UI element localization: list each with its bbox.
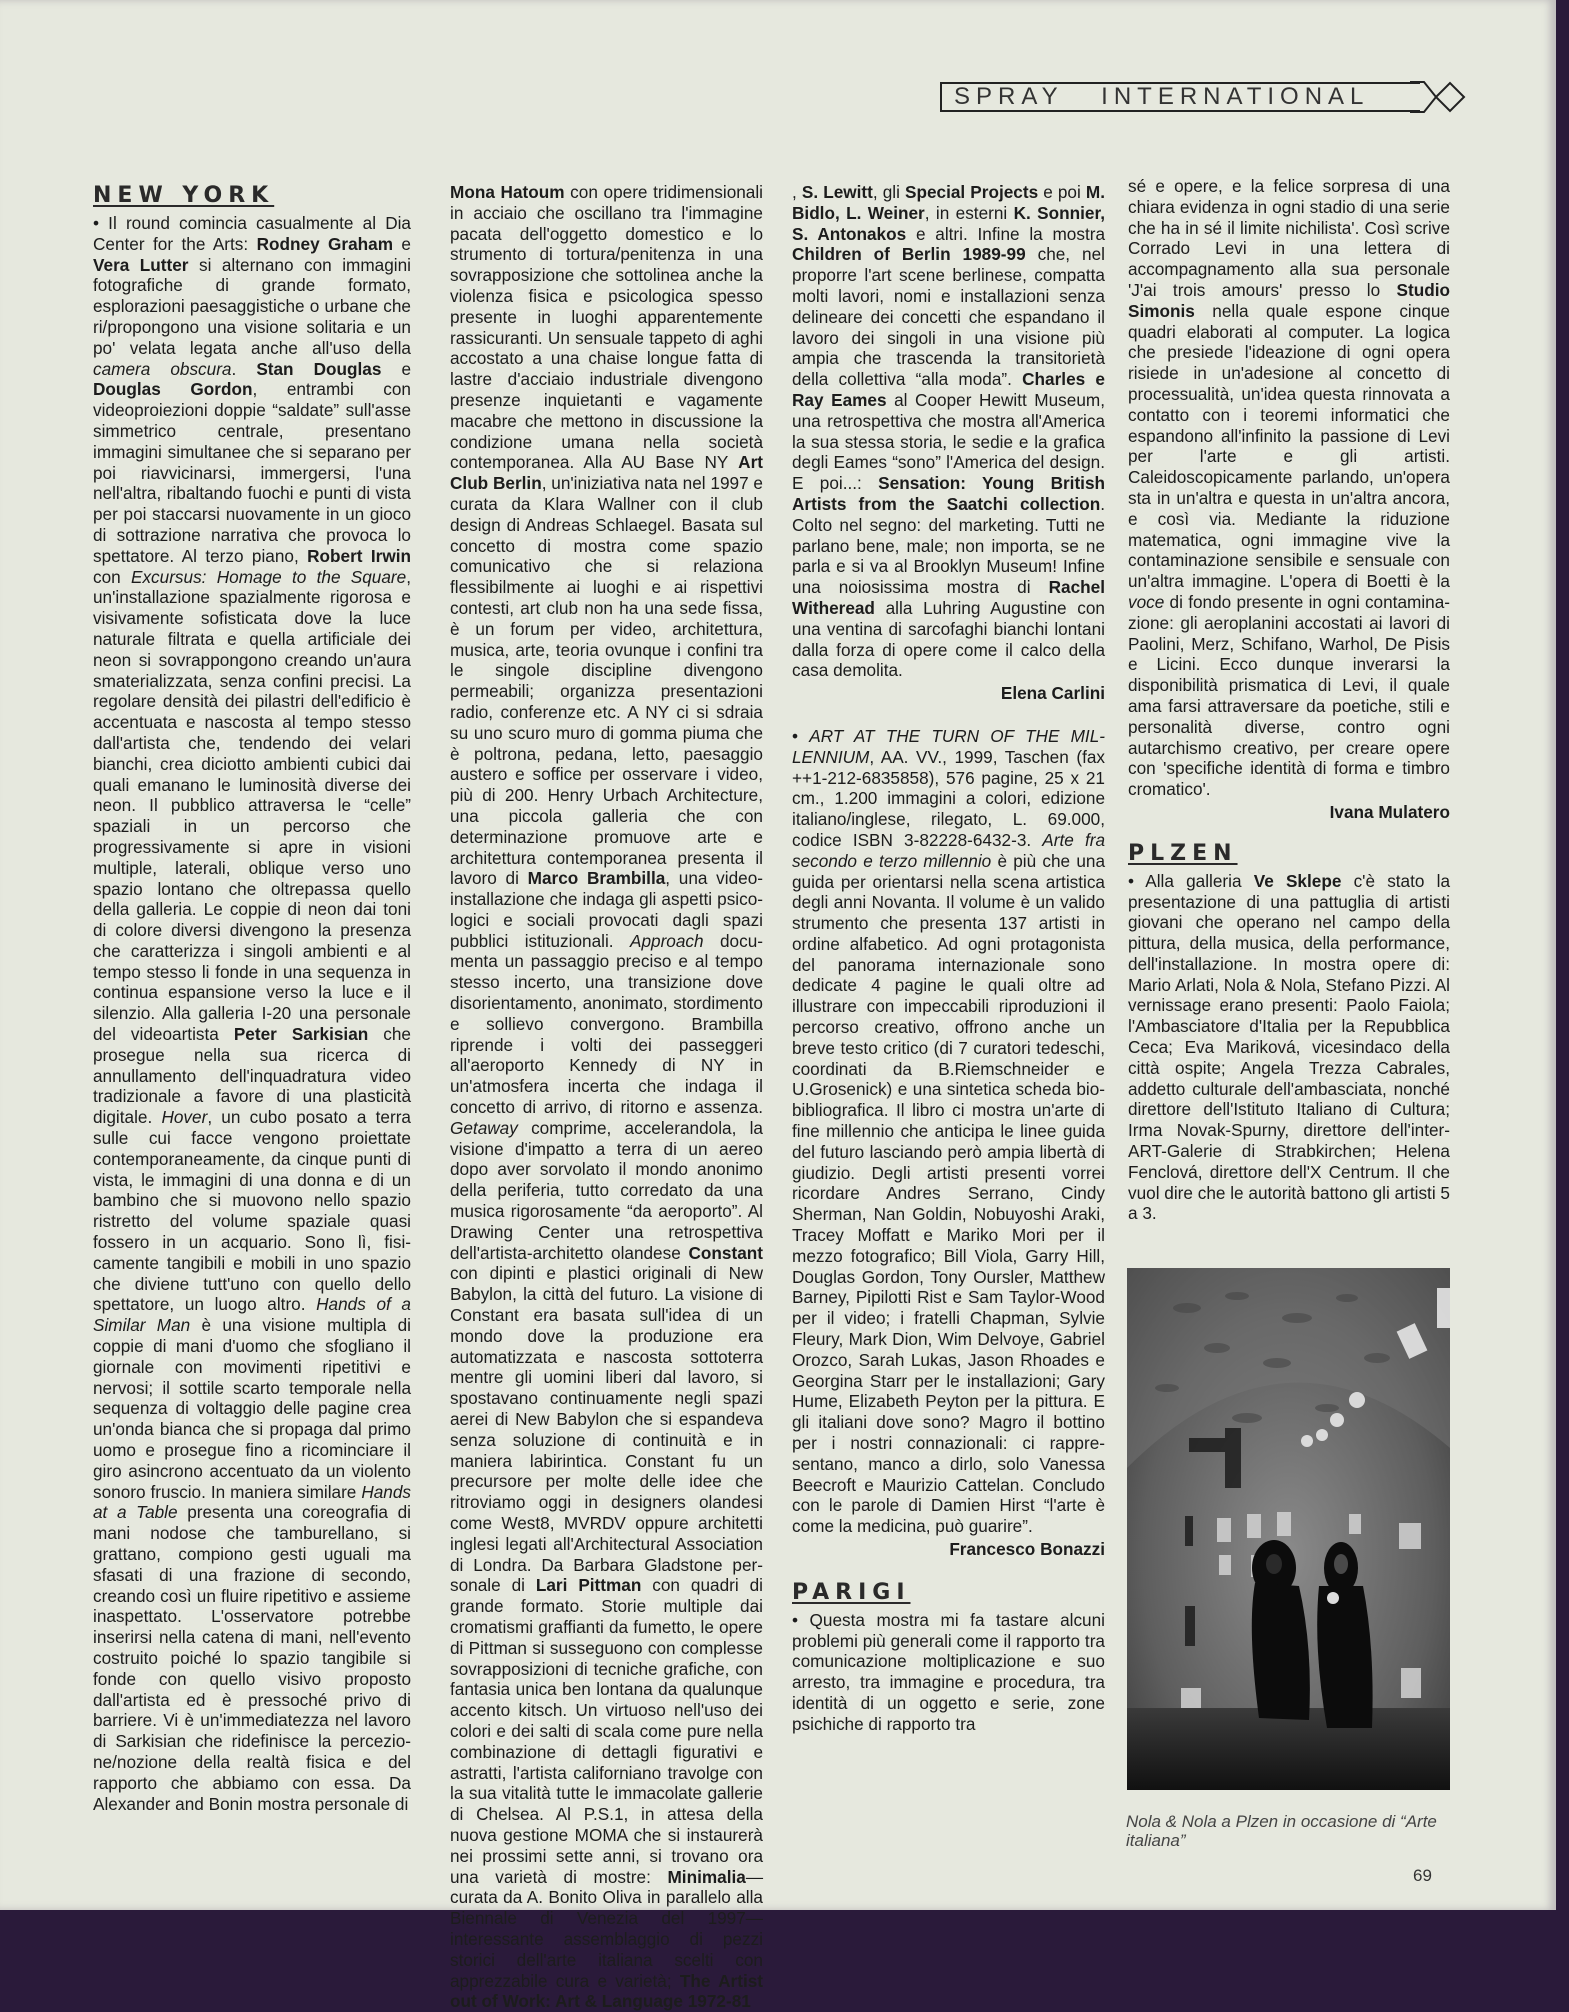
author-byline: Ivana Mulatero	[1128, 802, 1450, 823]
article-column-3: , S. Lewitt, gli Special Projects e poi …	[792, 182, 1105, 1735]
author-byline: Francesco Bonazzi	[792, 1539, 1105, 1560]
section-header: SPRAY INTERNATIONAL	[940, 82, 1430, 114]
photo-image	[1127, 1268, 1450, 1790]
magazine-page: SPRAY INTERNATIONAL NEW YORK • Il round …	[0, 0, 1556, 1910]
author-byline: Elena Carlini	[792, 683, 1105, 704]
article-column-1: NEW YORK • Il round comincia casualmente…	[93, 183, 411, 1814]
diamond-arrow-icon	[1410, 81, 1470, 113]
section-label: SPRAY INTERNATIONAL	[940, 82, 1420, 112]
book-review-body: • ART AT THE TURN OF THE MIL­LENNIUM, AA…	[792, 726, 1105, 1537]
article-body-parigi-cont: sé e opere, e la felice sorpresa di una …	[1128, 176, 1450, 800]
section-title-new-york: NEW YORK	[93, 183, 411, 209]
article-body-parigi: • Questa mostra mi fa tastare alcuni pro…	[792, 1610, 1105, 1735]
section-title-parigi: PARIGI	[792, 1580, 1105, 1606]
page-number: 69	[1413, 1866, 1432, 1886]
section-title-plzen: PLZEN	[1128, 841, 1450, 867]
article-body-plzen: • Alla galleria Ve Sklepe c'è stato la p…	[1128, 871, 1450, 1225]
article-body-new-york: • Il round comincia casualmente al Dia C…	[93, 213, 411, 1814]
photo-nola-and-nola	[1127, 1268, 1450, 1790]
photo-caption: Nola & Nola a Plzen in occasione di “Art…	[1126, 1812, 1456, 1850]
article-column-4: sé e opere, e la felice sorpresa di una …	[1128, 176, 1450, 1224]
article-body-new-york-cont2: , S. Lewitt, gli Special Projects e poi …	[792, 182, 1105, 681]
article-body-new-york-cont: Mona Hatoum con opere tri­dimensionali i…	[450, 182, 763, 1920]
article-column-2: Mona Hatoum con opere tri­dimensionali i…	[450, 182, 763, 1920]
